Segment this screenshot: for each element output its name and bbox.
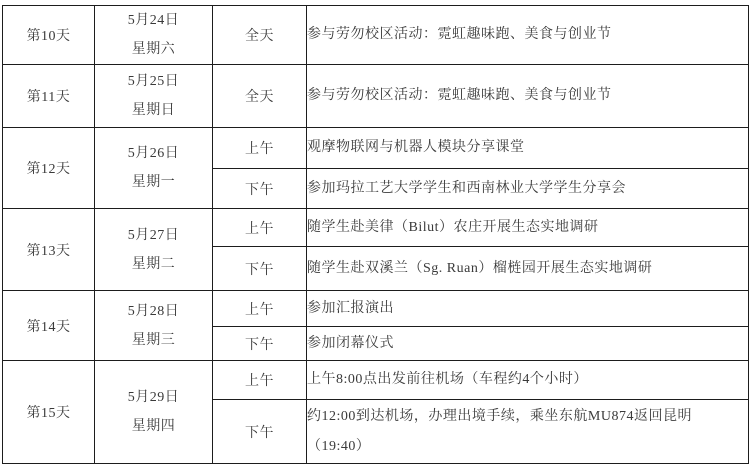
activity-cell: 约12:00到达机场，办理出境手续，乘坐东航MU874返回昆明（19:40） bbox=[307, 400, 749, 464]
date-text: 5月25日 bbox=[95, 67, 212, 96]
period-cell: 上午 bbox=[213, 128, 307, 169]
period-cell: 全天 bbox=[213, 65, 307, 128]
date-text: 5月24日 bbox=[95, 6, 212, 35]
period-cell: 上午 bbox=[213, 361, 307, 400]
date-text: 5月26日 bbox=[95, 139, 212, 168]
document-page: 第10天 5月24日 星期六 全天 参与劳勿校区活动：霓虹趣味跑、美食与创业节 … bbox=[0, 0, 750, 467]
period-cell: 下午 bbox=[213, 247, 307, 291]
period-cell: 上午 bbox=[213, 209, 307, 247]
date-cell: 5月24日 星期六 bbox=[95, 6, 213, 65]
day-cell: 第14天 bbox=[3, 291, 95, 361]
weekday-text: 星期四 bbox=[95, 412, 212, 441]
weekday-text: 星期三 bbox=[95, 326, 212, 355]
table-row: 第13天 5月27日 星期二 上午 随学生赴美律（Bilut）农庄开展生态实地调… bbox=[3, 209, 749, 247]
weekday-text: 星期日 bbox=[95, 96, 212, 125]
itinerary-table: 第10天 5月24日 星期六 全天 参与劳勿校区活动：霓虹趣味跑、美食与创业节 … bbox=[2, 5, 749, 464]
activity-cell: 随学生赴双溪兰（Sg. Ruan）榴梿园开展生态实地调研 bbox=[307, 247, 749, 291]
period-cell: 下午 bbox=[213, 169, 307, 209]
day-cell: 第10天 bbox=[3, 6, 95, 65]
weekday-text: 星期一 bbox=[95, 168, 212, 197]
date-text: 5月29日 bbox=[95, 383, 212, 412]
activity-cell: 观摩物联网与机器人模块分享课堂 bbox=[307, 128, 749, 169]
weekday-text: 星期六 bbox=[95, 35, 212, 64]
day-cell: 第12天 bbox=[3, 128, 95, 209]
table-row: 第12天 5月26日 星期一 上午 观摩物联网与机器人模块分享课堂 bbox=[3, 128, 749, 169]
table-row: 第11天 5月25日 星期日 全天 参与劳勿校区活动：霓虹趣味跑、美食与创业节 bbox=[3, 65, 749, 128]
period-cell: 全天 bbox=[213, 6, 307, 65]
activity-cell: 参与劳勿校区活动：霓虹趣味跑、美食与创业节 bbox=[307, 6, 749, 65]
table-row: 第10天 5月24日 星期六 全天 参与劳勿校区活动：霓虹趣味跑、美食与创业节 bbox=[3, 6, 749, 65]
table-row: 第14天 5月28日 星期三 上午 参加汇报演出 bbox=[3, 291, 749, 327]
date-cell: 5月25日 星期日 bbox=[95, 65, 213, 128]
day-cell: 第15天 bbox=[3, 361, 95, 464]
date-text: 5月27日 bbox=[95, 221, 212, 250]
period-cell: 下午 bbox=[213, 400, 307, 464]
day-cell: 第13天 bbox=[3, 209, 95, 291]
date-cell: 5月27日 星期二 bbox=[95, 209, 213, 291]
activity-cell: 参与劳勿校区活动：霓虹趣味跑、美食与创业节 bbox=[307, 65, 749, 128]
table-row: 第15天 5月29日 星期四 上午 上午8:00点出发前往机场（车程约4个小时） bbox=[3, 361, 749, 400]
weekday-text: 星期二 bbox=[95, 250, 212, 279]
activity-cell: 参加闭幕仪式 bbox=[307, 327, 749, 361]
period-cell: 上午 bbox=[213, 291, 307, 327]
day-cell: 第11天 bbox=[3, 65, 95, 128]
date-cell: 5月26日 星期一 bbox=[95, 128, 213, 209]
date-cell: 5月28日 星期三 bbox=[95, 291, 213, 361]
date-text: 5月28日 bbox=[95, 297, 212, 326]
period-cell: 下午 bbox=[213, 327, 307, 361]
activity-cell: 参加玛拉工艺大学学生和西南林业大学学生分享会 bbox=[307, 169, 749, 209]
activity-cell: 参加汇报演出 bbox=[307, 291, 749, 327]
activity-cell: 随学生赴美律（Bilut）农庄开展生态实地调研 bbox=[307, 209, 749, 247]
date-cell: 5月29日 星期四 bbox=[95, 361, 213, 464]
activity-cell: 上午8:00点出发前往机场（车程约4个小时） bbox=[307, 361, 749, 400]
